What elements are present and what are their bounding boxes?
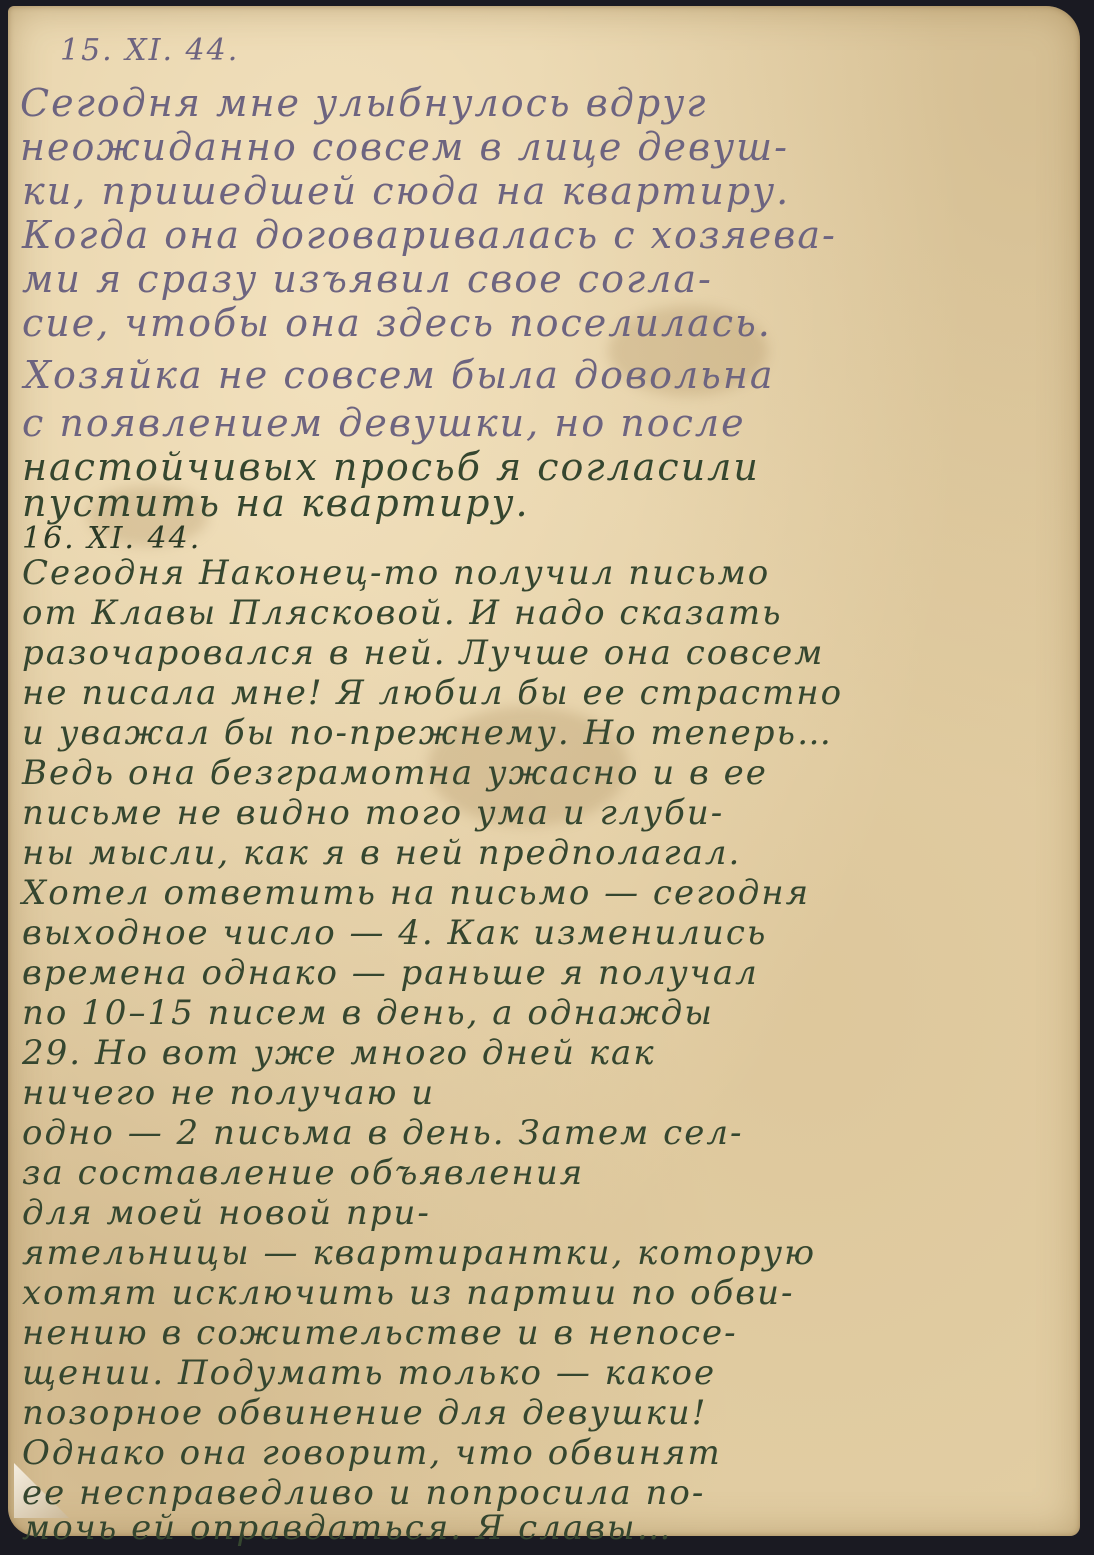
entry-line: для моей новой при- [22, 1196, 431, 1230]
entry-line: и уважал бы по-прежнему. Но теперь… [22, 716, 833, 750]
entry-line: ны мысли, как я в ней предполагал. [22, 836, 741, 870]
entry-line: нению в сожительстве и в непосе- [22, 1316, 738, 1350]
entry-line: мочь ей оправдаться. Я славы… [22, 1511, 673, 1545]
entry-line: одно — 2 письма в день. Затем сел- [22, 1116, 743, 1150]
entry-line: Однако она говорит, что обвинят [22, 1436, 722, 1470]
entry-date: 15. XI. 44. [60, 36, 239, 66]
entry-line: Ведь она безграмотна ужасно и в ее [22, 756, 768, 790]
entry-line: от Клавы Плясковой. И надо сказать [22, 596, 783, 630]
entry-line: ничего не получаю и [22, 1076, 435, 1110]
entry-line: щении. Подумать только — какое [22, 1356, 716, 1390]
entry-line: ми я сразу изъявил свое согла- [22, 260, 713, 298]
entry-line: выходное число — 4. Как изменились [22, 916, 767, 950]
entry-line: разочаровался в ней. Лучше она совсем [22, 636, 824, 670]
entry-line: неожиданно совсем в лице девуш- [20, 128, 789, 166]
entry-line: сие, чтобы она здесь поселилась. [22, 304, 772, 342]
entry-line: ятельницы — квартирантки, которую [22, 1236, 816, 1270]
entry-line: Хотел ответить на письмо — сегодня [22, 876, 810, 910]
entry-line: Сегодня Наконец-то получил письмо [22, 556, 770, 590]
entry-line: ее несправедливо и попросила по- [22, 1476, 705, 1510]
entry-line: Когда она договаривалась с хозяева- [22, 216, 837, 254]
entry-line: с появлением девушки, но после [22, 404, 746, 442]
entry-line: письме не видно того ума и глуби- [22, 796, 724, 830]
entry-line: времена однако — раньше я получал [22, 956, 759, 990]
entry-line: 29. Но вот уже много дней как [22, 1036, 656, 1070]
entry-line: ки, пришедшей сюда на квартиру. [22, 172, 790, 210]
entry-line: пустить на квартиру. [22, 484, 530, 522]
entry-line: Сегодня мне улыбнулось вдруг [20, 84, 707, 122]
entry-line: Хозяйка не совсем была довольна [24, 356, 775, 394]
entry-line: не писала мне! Я любил бы ее страстно [22, 676, 843, 710]
entry-line: по 10–15 писем в день, а однажды [22, 996, 714, 1030]
diary-page: 15. XI. 44. Сегодня мне улыбнулось вдруг… [8, 6, 1080, 1536]
entry-date: 16. XI. 44. [22, 524, 201, 554]
entry-line: позорное обвинение для девушки! [22, 1396, 707, 1430]
entry-line: хотят исключить из партии по обви- [22, 1276, 794, 1310]
entry-line: за составление объявления [22, 1156, 584, 1190]
